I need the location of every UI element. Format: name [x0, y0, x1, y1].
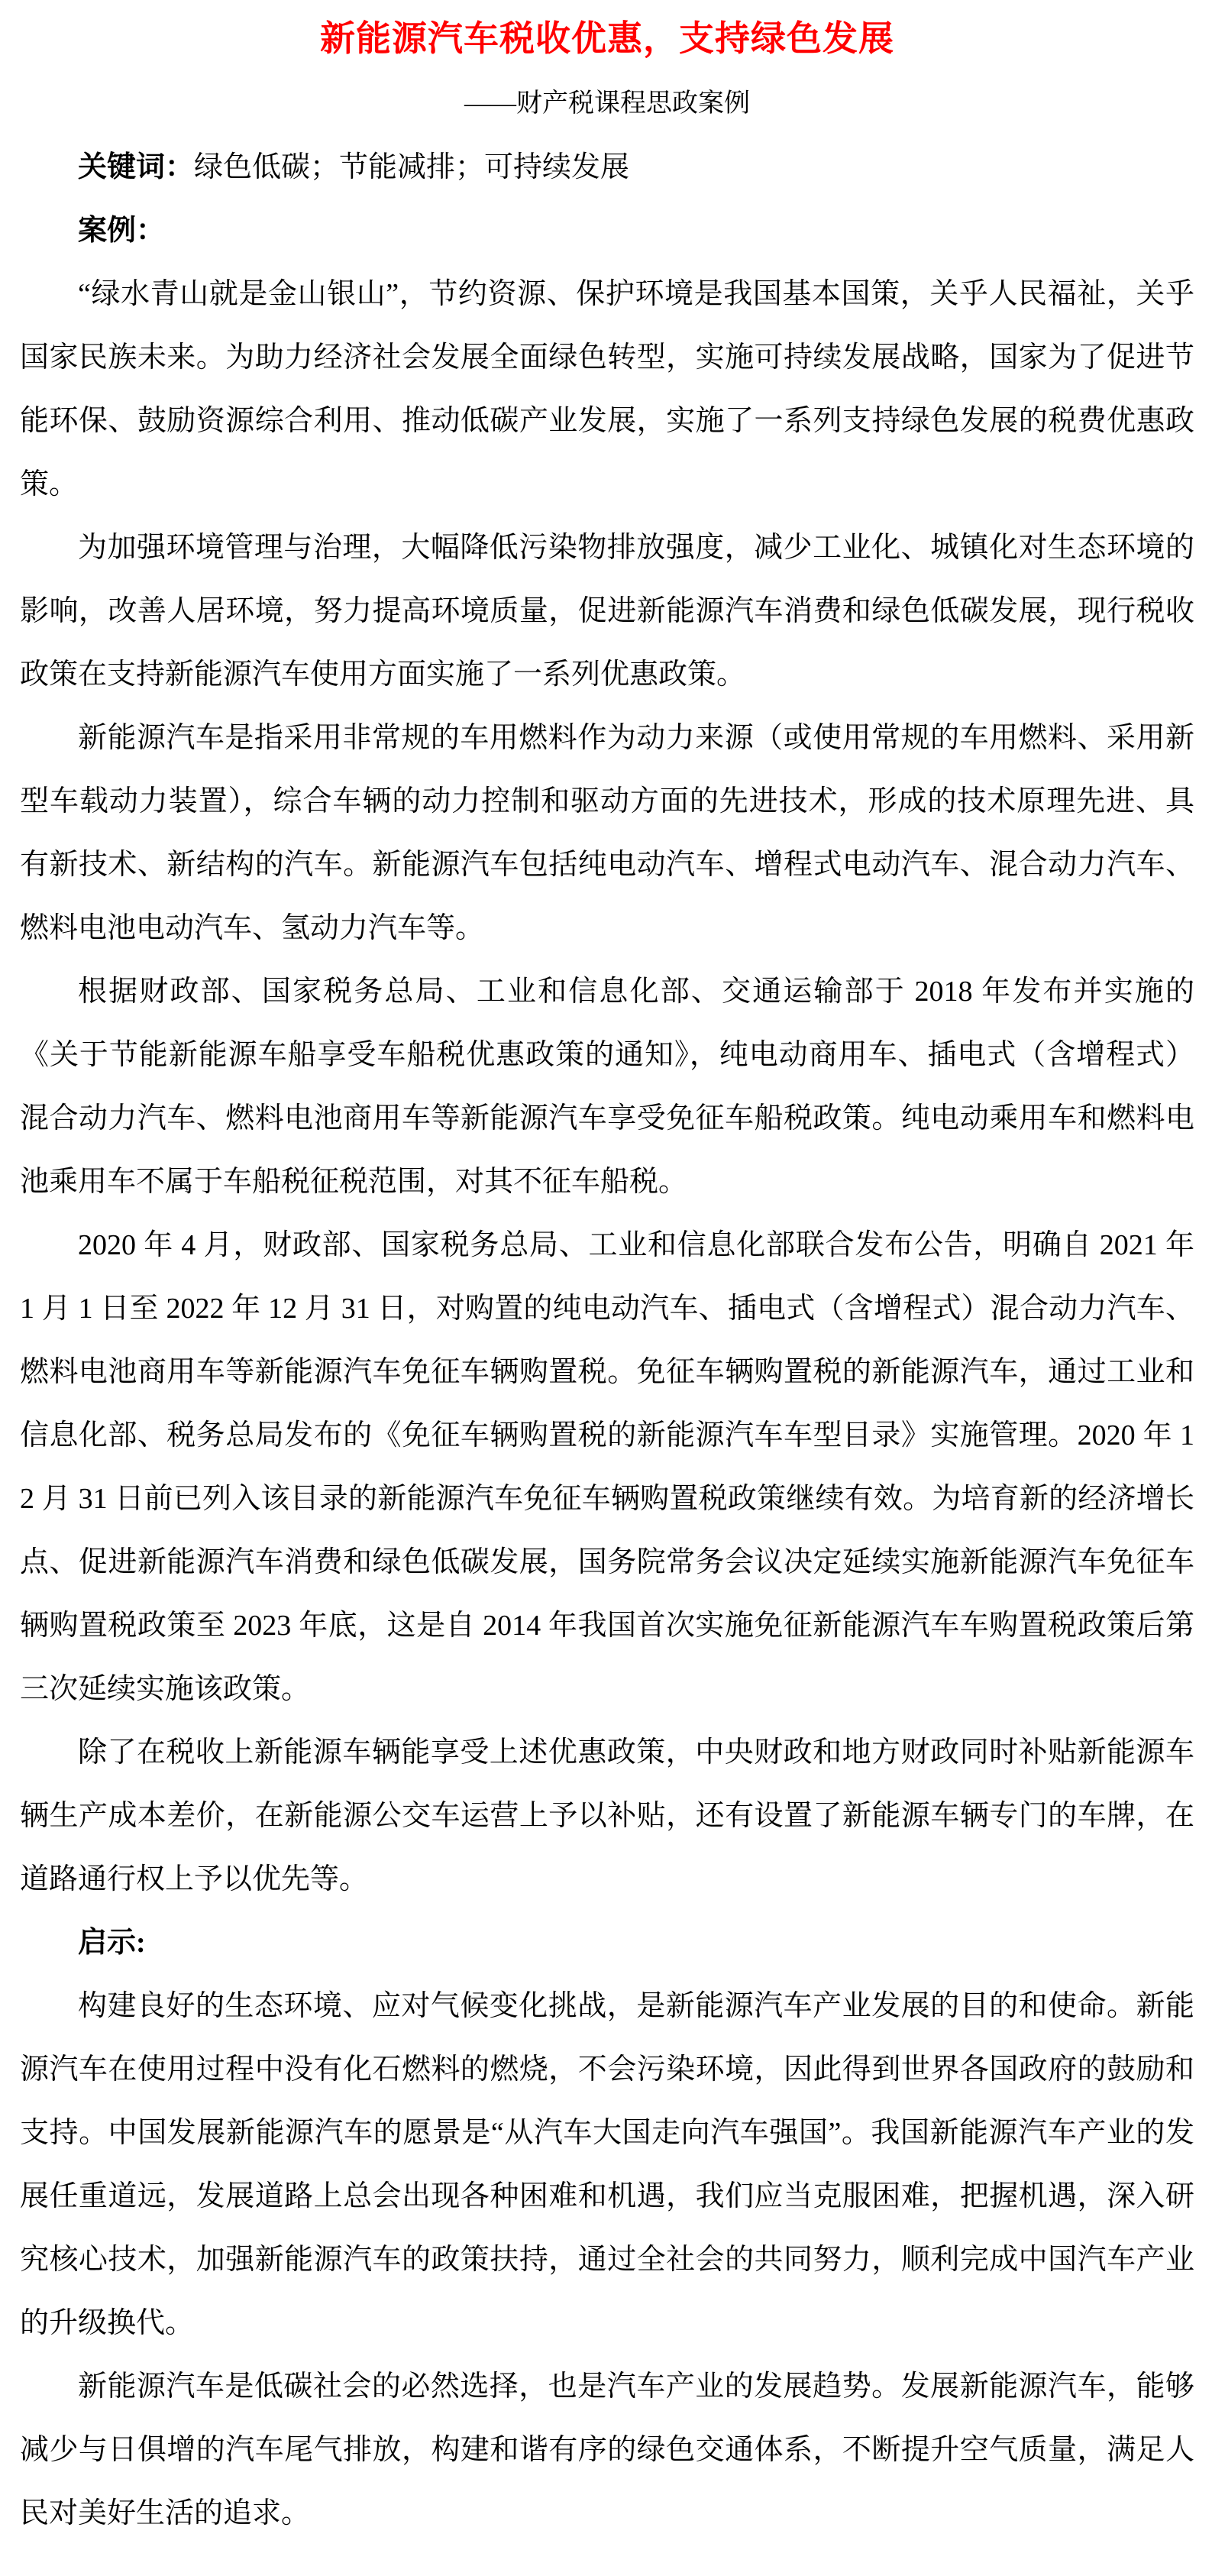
- insight-paragraph-1: 构建良好的生态环境、应对气候变化挑战，是新能源汽车产业发展的目的和使命。新能源汽…: [20, 1975, 1194, 2355]
- keywords-line: 关键词：绿色低碳；节能减排；可持续发展: [20, 136, 1194, 199]
- keywords-label: 关键词：: [78, 151, 194, 183]
- document-title: 新能源汽车税收优惠，支持绿色发展: [20, 5, 1194, 72]
- case-paragraph-1: “绿水青山就是金山银山”，节约资源、保护环境是我国基本国策，关乎人民福祉，关乎国…: [20, 263, 1194, 516]
- insight-paragraph-2: 新能源汽车是低碳社会的必然选择，也是汽车产业的发展趋势。发展新能源汽车，能够减少…: [20, 2355, 1194, 2545]
- case-paragraph-2: 为加强环境管理与治理，大幅降低污染物排放强度，减少工业化、城镇化对生态环境的影响…: [20, 516, 1194, 707]
- case-paragraph-3: 新能源汽车是指采用非常规的车用燃料作为动力来源（或使用常规的车用燃料、采用新型车…: [20, 707, 1194, 960]
- document-subtitle: ——财产税课程思政案例: [20, 72, 1194, 136]
- case-section-label: 案例：: [20, 199, 1194, 263]
- keywords-text: 绿色低碳；节能减排；可持续发展: [194, 151, 629, 183]
- case-paragraph-4: 根据财政部、国家税务总局、工业和信息化部、交通运输部于 2018 年发布并实施的…: [20, 960, 1194, 1214]
- case-paragraph-6: 除了在税收上新能源车辆能享受上述优惠政策，中央财政和地方财政同时补贴新能源车辆生…: [20, 1721, 1194, 1911]
- case-paragraph-5: 2020 年 4 月，财政部、国家税务总局、工业和信息化部联合发布公告，明确自 …: [20, 1214, 1194, 1721]
- document-page: 新能源汽车税收优惠，支持绿色发展 ——财产税课程思政案例 关键词：绿色低碳；节能…: [0, 0, 1212, 2576]
- insight-section-label: 启示:: [20, 1911, 1194, 1975]
